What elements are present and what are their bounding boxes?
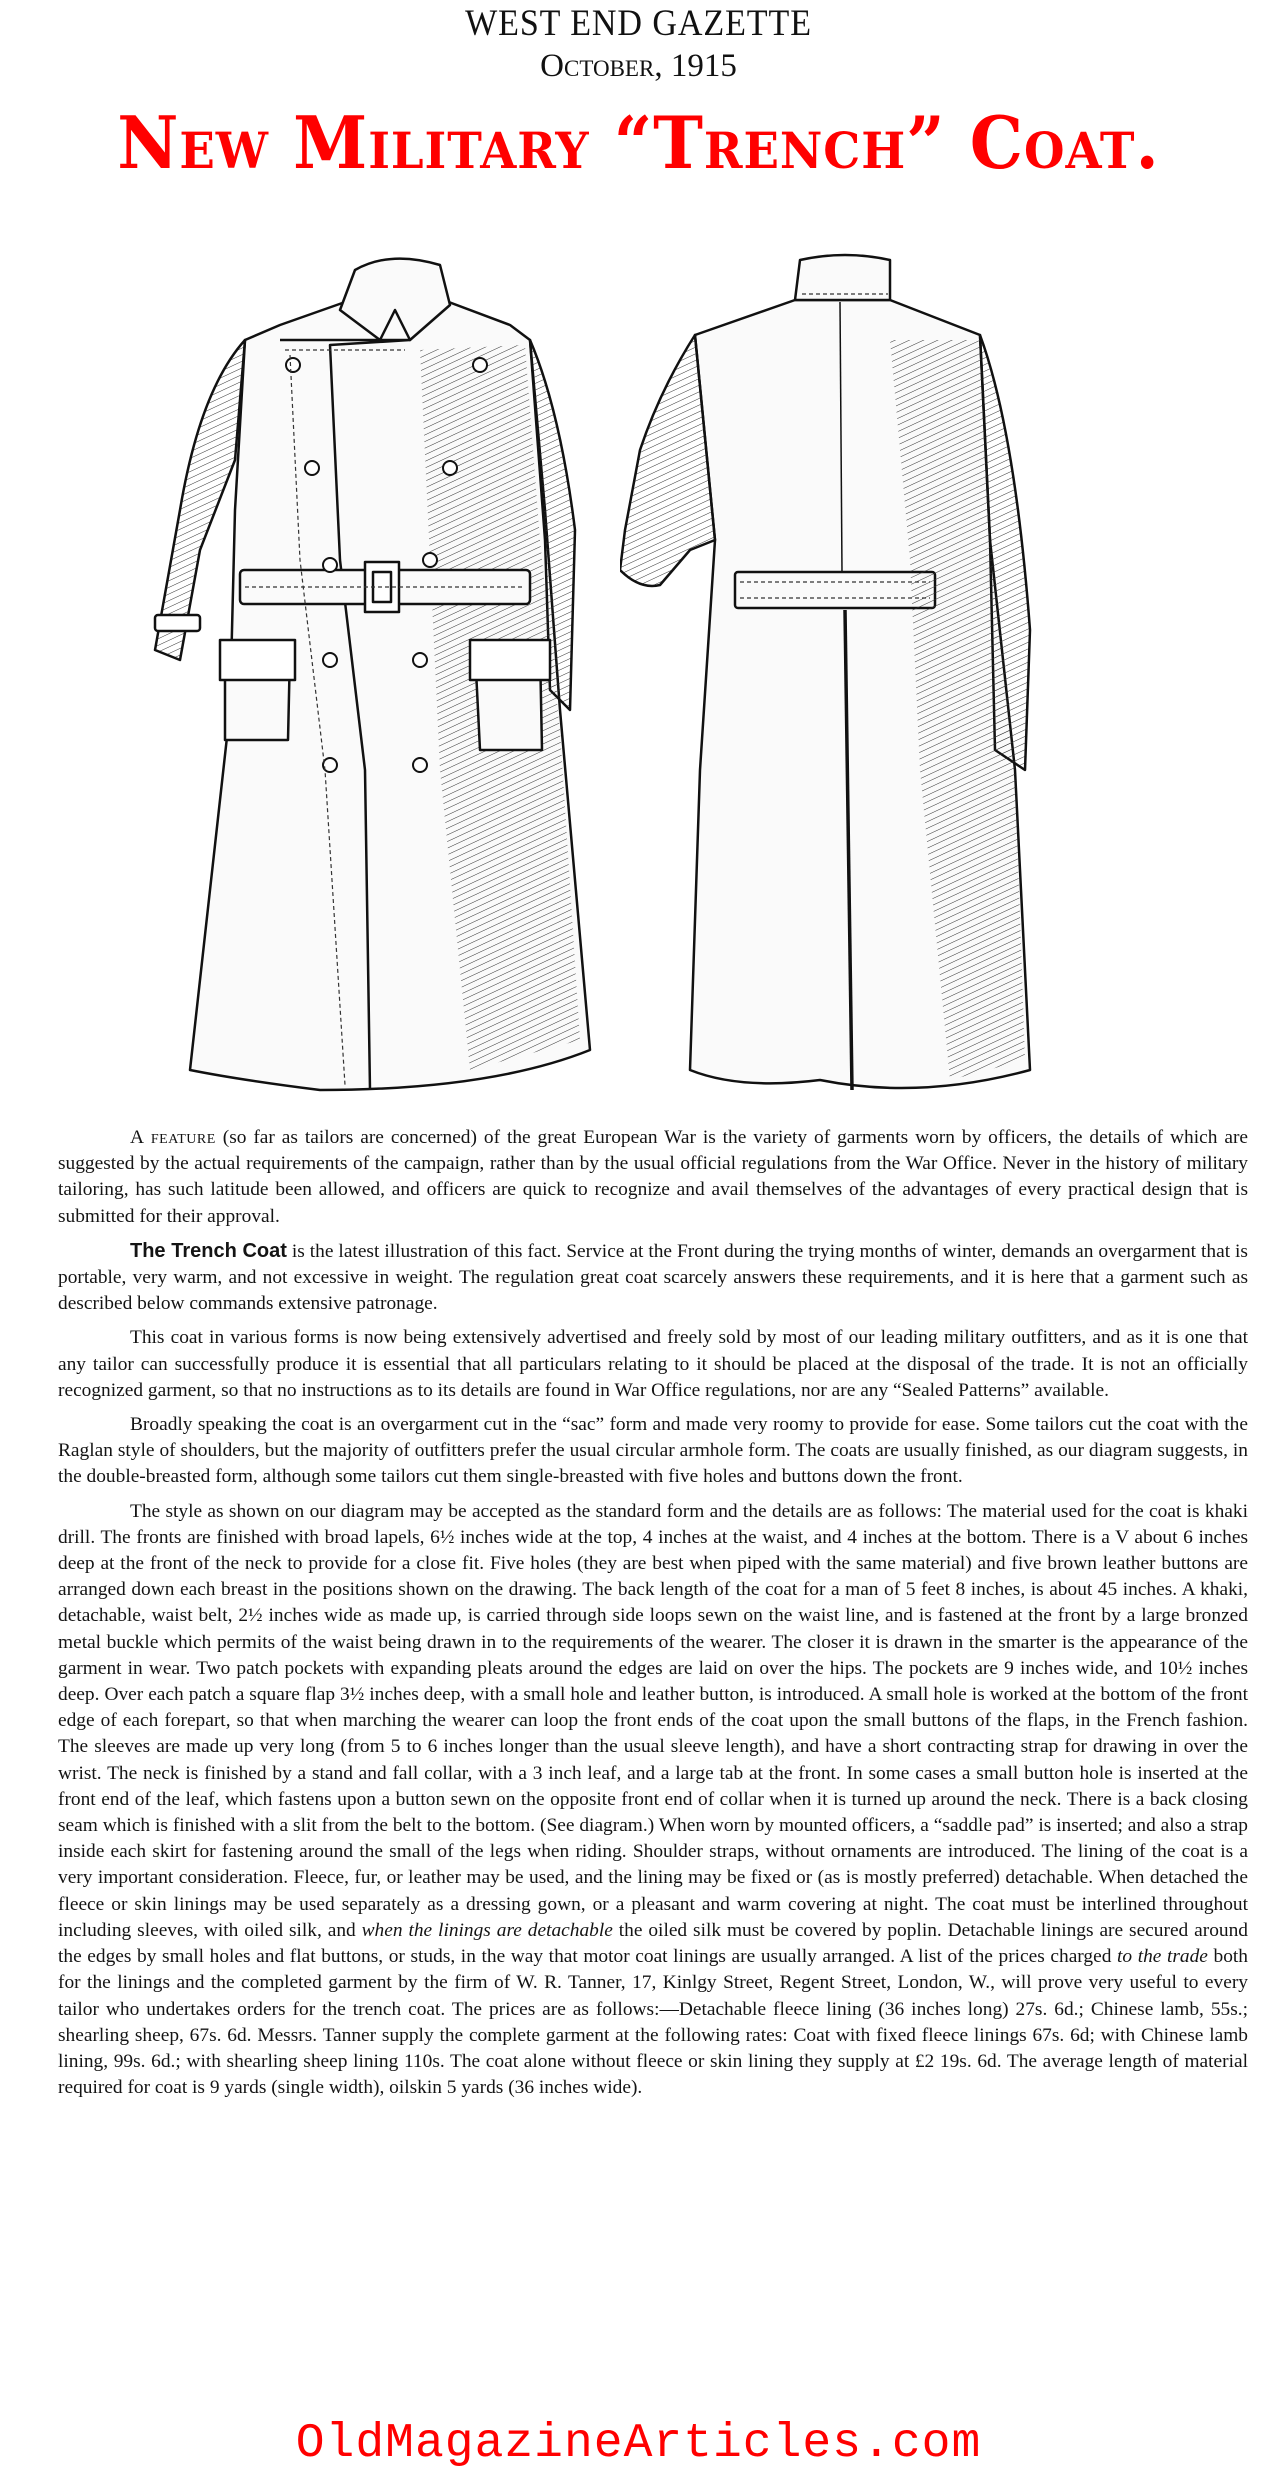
headline: New Military “Trench” Coat. (45, 100, 1233, 186)
italic-linings: when the linings are detachable (362, 1920, 613, 1941)
issue-date: October, 1915 (0, 46, 1277, 86)
lead-text: A feature (130, 1127, 216, 1148)
site-watermark: OldMagazineArticles.com (0, 2416, 1277, 2472)
coat-front-illustration (140, 210, 640, 1110)
paragraph-advertised: This coat in various forms is now being … (58, 1325, 1248, 1404)
lead-bold: The Trench Coat (130, 1240, 287, 1262)
paragraph-intro: A feature (so far as tailors are concern… (58, 1125, 1248, 1230)
paragraph-details: The style as shown on our diagram may be… (58, 1499, 1248, 2102)
masthead: WEST END GAZETTE October, 1915 (0, 4, 1277, 86)
paragraph-sac-form: Broadly speaking the coat is an overgarm… (58, 1412, 1248, 1491)
publication-title: WEST END GAZETTE (51, 4, 1226, 44)
article-body: A feature (so far as tailors are concern… (58, 1125, 1248, 2109)
paragraph-trench-coat: The Trench Coat is the latest illustrati… (58, 1238, 1248, 1318)
coat-illustrations (120, 210, 1140, 1110)
coat-back-illustration (620, 210, 1140, 1110)
italic-trade: to the trade (1117, 1946, 1208, 1967)
